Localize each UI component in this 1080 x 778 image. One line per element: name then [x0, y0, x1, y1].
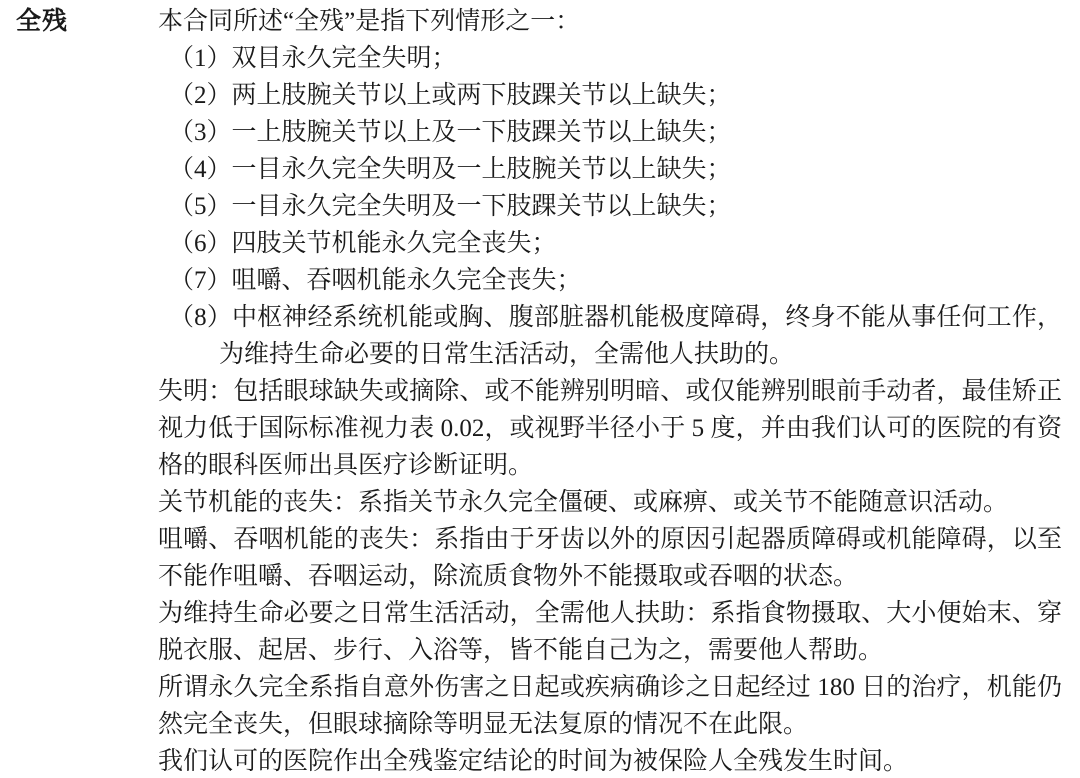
paragraph-daily-living: 为维持生命必要之日常生活活动，全需他人扶助：系指食物摄取、大小便始末、穿脱衣服、…	[158, 595, 1062, 669]
paragraph-chew-swallow: 咀嚼、吞咽机能的丧失：系指由于牙齿以外的原因引起器质障碍或机能障碍，以至不能作咀…	[158, 521, 1062, 595]
contract-definition-page: 全残 本合同所述“全残”是指下列情形之一： （1）双目永久完全失明； （2）两上…	[0, 0, 1080, 778]
list-item-4: （4）一目永久完全失明及一上肢腕关节以上缺失；	[169, 151, 1062, 188]
definition-body: 本合同所述“全残”是指下列情形之一： （1）双目永久完全失明； （2）两上肢腕关…	[158, 0, 1080, 778]
list-item-6: （6）四肢关节机能永久完全丧失；	[169, 225, 1062, 262]
list-item-7: （7）咀嚼、吞咽机能永久完全丧失；	[169, 262, 1062, 299]
list-item-8: （8）中枢神经系统机能或胸、腹部脏器机能极度障碍，终身不能从事任何工作，为维持生…	[169, 299, 1062, 373]
list-item-1: （1）双目永久完全失明；	[169, 40, 1062, 77]
list-item-5: （5）一目永久完全失明及一下肢踝关节以上缺失；	[169, 188, 1062, 225]
paragraph-joint-function: 关节机能的丧失：系指关节永久完全僵硬、或麻痹、或关节不能随意识活动。	[158, 484, 1062, 521]
intro-paragraph: 本合同所述“全残”是指下列情形之一：	[158, 3, 1062, 40]
definition-row: 全残 本合同所述“全残”是指下列情形之一： （1）双目永久完全失明； （2）两上…	[0, 0, 1080, 778]
paragraph-blindness: 失明：包括眼球缺失或摘除、或不能辨别明暗、或仅能辨别眼前手动者，最佳矫正视力低于…	[158, 373, 1062, 484]
term-label: 全残	[0, 0, 158, 40]
paragraph-permanent-definition: 所谓永久完全系指自意外伤害之日起或疾病确诊之日起经过 180 日的治疗，机能仍然…	[158, 669, 1062, 743]
list-item-3: （3）一上肢腕关节以上及一下肢踝关节以上缺失；	[169, 114, 1062, 151]
list-item-2: （2）两上肢腕关节以上或两下肢踝关节以上缺失；	[169, 77, 1062, 114]
paragraph-assessment-time: 我们认可的医院作出全残鉴定结论的时间为被保险人全残发生时间。	[158, 743, 1062, 778]
